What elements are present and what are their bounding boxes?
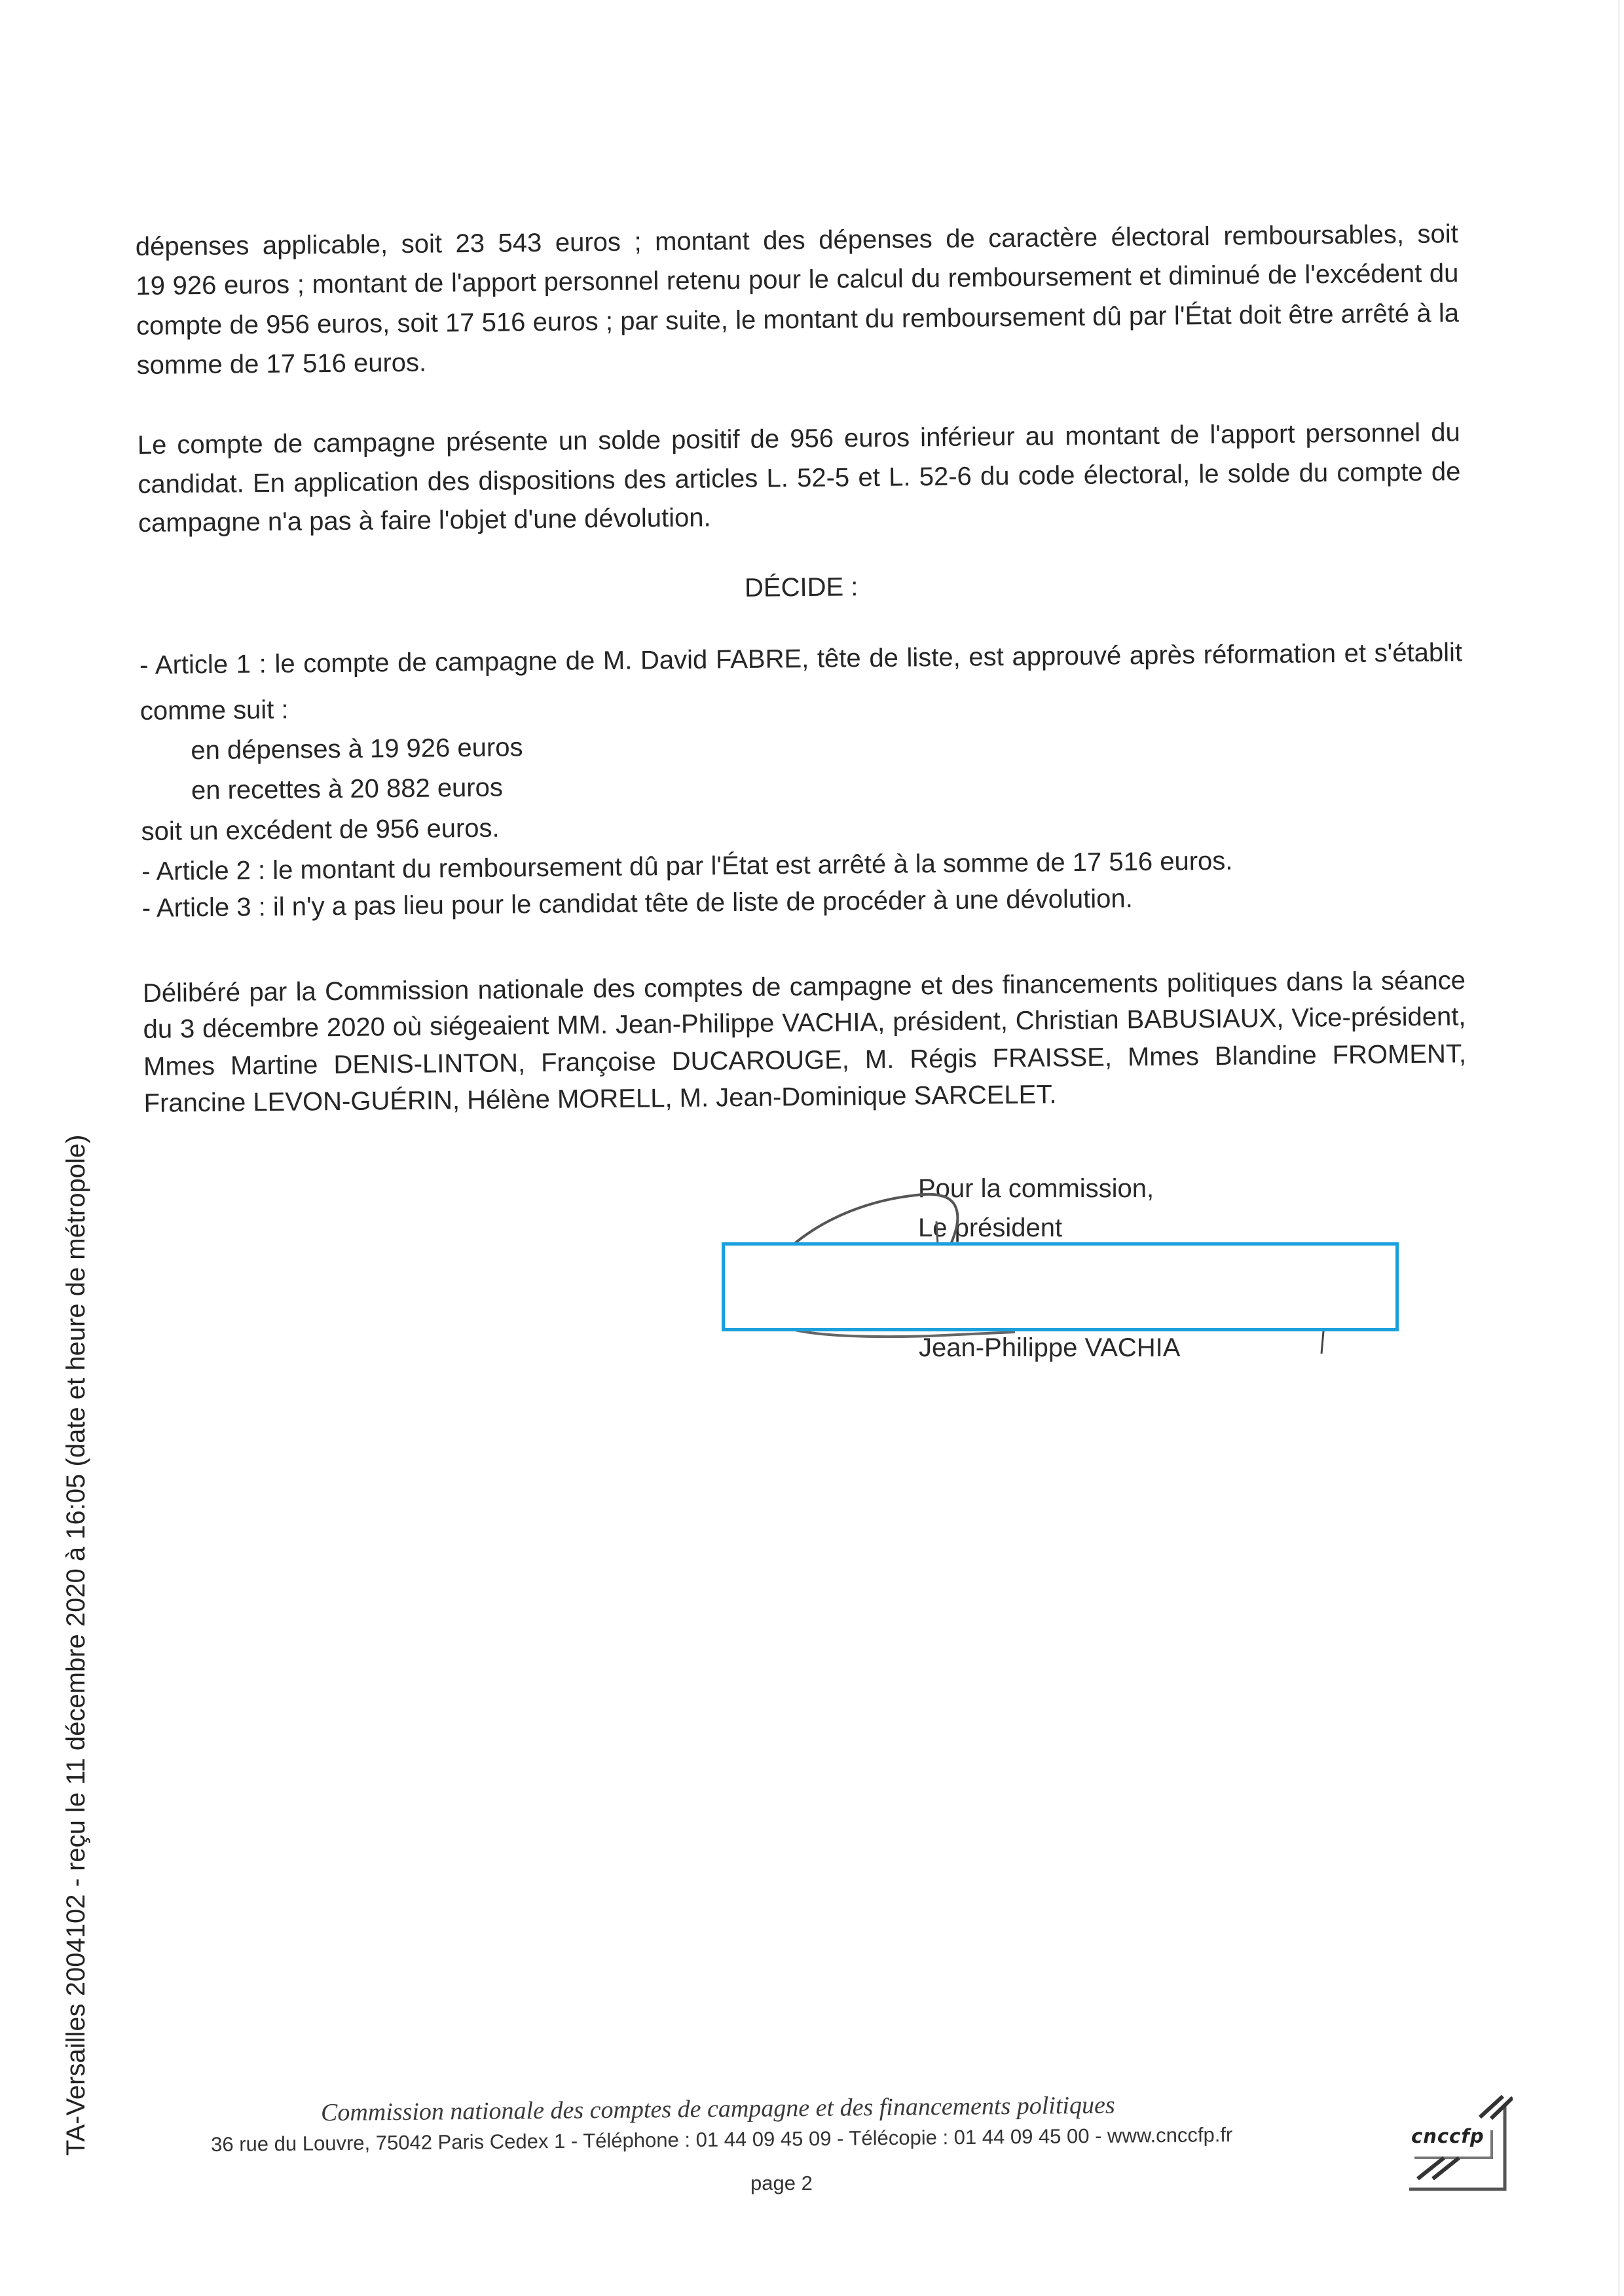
article-1-line-2: comme suit :: [140, 697, 289, 724]
page-number: page 2: [750, 2172, 813, 2195]
paragraph-1-line-1: dépenses applicable, soit 23 543 euros ;…: [136, 221, 1458, 264]
margin-receipt-stamp: TA-Versailles 2004102 - reçu le 11 décem…: [62, 1075, 90, 2156]
article-1-depenses: en dépenses à 19 926 euros: [191, 734, 523, 764]
paragraph-2-line-2: candidat. En application des disposition…: [138, 458, 1460, 502]
paragraph-2-line-3: campagne n'a pas à faire l'objet d'une d…: [138, 504, 711, 536]
paragraph-1-line-3: compte de 956 euros, soit 17 516 euros ;…: [136, 300, 1459, 343]
paragraph-1-line-4: somme de 17 516 euros.: [136, 350, 426, 379]
document-page: dépenses applicable, soit 23 543 euros ;…: [0, 0, 1624, 2296]
deliberation-line-2: du 3 décembre 2020 où siégeaient MM. Jea…: [143, 1003, 1466, 1046]
signature-line-1: Pour la commission,: [918, 1176, 1154, 1202]
signatory-name: Jean-Philippe VACHIA: [919, 1335, 1180, 1361]
paragraph-2-line-1: Le compte de campagne présente un solde …: [138, 419, 1460, 462]
document-body: dépenses applicable, soit 23 543 euros ;…: [0, 0, 1624, 2296]
logo-text: cnccfp: [1410, 2125, 1486, 2147]
paragraph-1-line-2: 19 926 euros ; montant de l'apport perso…: [136, 260, 1458, 303]
article-1-excedent: soit un excédent de 956 euros.: [141, 815, 499, 845]
deliberation-line-4: Francine LEVON-GUÉRIN, Hélène MORELL, M.…: [143, 1081, 1056, 1117]
redaction-box: [722, 1242, 1399, 1331]
article-2: - Article 2 : le montant du remboursemen…: [141, 848, 1233, 885]
article-1-recettes: en recettes à 20 882 euros: [191, 775, 503, 804]
deliberation-line-3: Mmes Martine DENIS-LINTON, Françoise DUC…: [143, 1041, 1466, 1084]
article-1-line-1: - Article 1 : le compte de campagne de M…: [139, 639, 1462, 682]
signature-line-2: Le président: [918, 1215, 1062, 1241]
article-3: - Article 3 : il n'y a pas lieu pour le …: [142, 885, 1133, 921]
decision-heading: DÉCIDE :: [745, 574, 858, 601]
